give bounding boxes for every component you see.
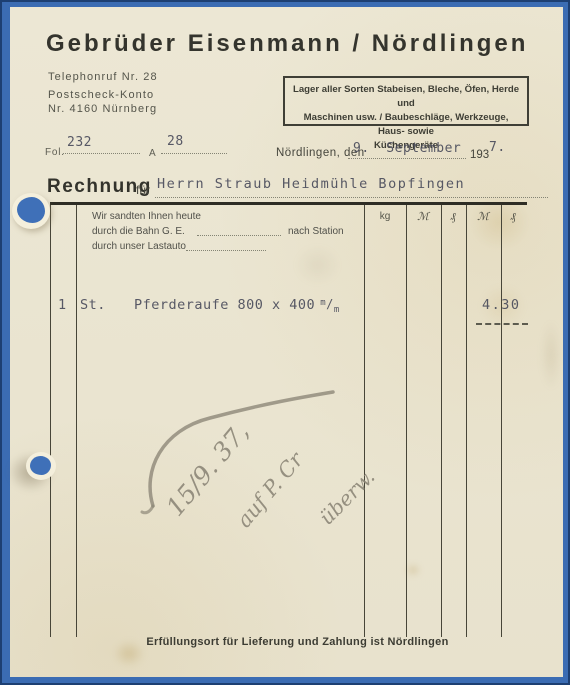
stain: [405, 563, 421, 577]
fol-label: Fol.: [45, 147, 65, 158]
typed-year: 7.: [489, 140, 506, 155]
scanned-invoice: Gebrüder Eisenmann / Nördlingen Telephon…: [0, 0, 570, 685]
stain: [295, 245, 340, 285]
shipping-line2-dotted: [197, 235, 281, 236]
table-vline: [466, 205, 467, 637]
shipping-line3-dotted: [186, 250, 266, 251]
table-top-rule: [50, 202, 527, 205]
column-mark-2: ℳ: [477, 210, 489, 223]
shipping-line2-suffix: nach Station: [288, 226, 344, 237]
customer-dotted-line: [155, 197, 548, 198]
footer-fulfillment-note: Erfüllungsort für Lieferung und Zahlung …: [120, 636, 475, 648]
item-qty: 1: [58, 297, 67, 313]
table-vline: [441, 205, 442, 637]
table-vline: [406, 205, 407, 637]
millimeter-unit: m/m: [320, 299, 340, 312]
column-pfennig-2: ₰: [510, 210, 516, 223]
date-dotted-line: [348, 158, 466, 159]
a-dotted-line: [161, 153, 227, 154]
shipping-line1: Wir sandten Ihnen heute: [92, 211, 201, 222]
typed-date: 9. September: [353, 141, 461, 156]
shipping-line2-prefix: durch die Bahn G. E.: [92, 226, 185, 237]
customer-name: Herrn Straub Heidmühle Bopfingen: [157, 176, 465, 192]
fol-dotted-line: [63, 153, 140, 154]
column-pfennig-1: ₰: [450, 210, 456, 223]
postal-account-line2: Nr. 4160 Nürnberg: [48, 103, 157, 115]
price-dashed-underline: [476, 323, 528, 325]
services-line: Lager aller Sorten Stabeisen, Bleche, Öf…: [290, 83, 522, 111]
item-description-text: Pferderaufe 800 x 400: [134, 297, 315, 313]
a-value: 28: [167, 134, 184, 149]
table-vline: [50, 205, 51, 637]
item-unit: St.: [80, 297, 106, 313]
table-vline: [501, 205, 502, 637]
for-label: für: [136, 183, 150, 197]
punch-hole: [17, 197, 45, 223]
services-box: Lager aller Sorten Stabeisen, Bleche, Öf…: [283, 76, 529, 126]
a-label: A: [149, 148, 156, 159]
punch-hole: [30, 456, 51, 475]
company-name: Gebrüder Eisenmann / Nördlingen: [46, 30, 528, 58]
stain: [540, 320, 562, 390]
column-kg: kg: [380, 211, 391, 222]
table-vline: [364, 205, 365, 637]
item-price: 4.30: [482, 297, 521, 313]
table-vline: [76, 205, 77, 637]
services-line: Maschinen usw. / Baubeschläge, Werkzeuge…: [290, 111, 522, 139]
column-mark-1: ℳ: [417, 210, 429, 223]
telephone-line: Telephonruf Nr. 28: [48, 71, 158, 83]
postal-account-line1: Postscheck-Konto: [48, 89, 154, 101]
year-printed: 193: [470, 149, 489, 161]
fol-value: 232: [67, 135, 92, 150]
shipping-line3: durch unser Lastauto: [92, 241, 186, 252]
item-description: Pferderaufe 800 x 400m/m: [134, 297, 340, 313]
